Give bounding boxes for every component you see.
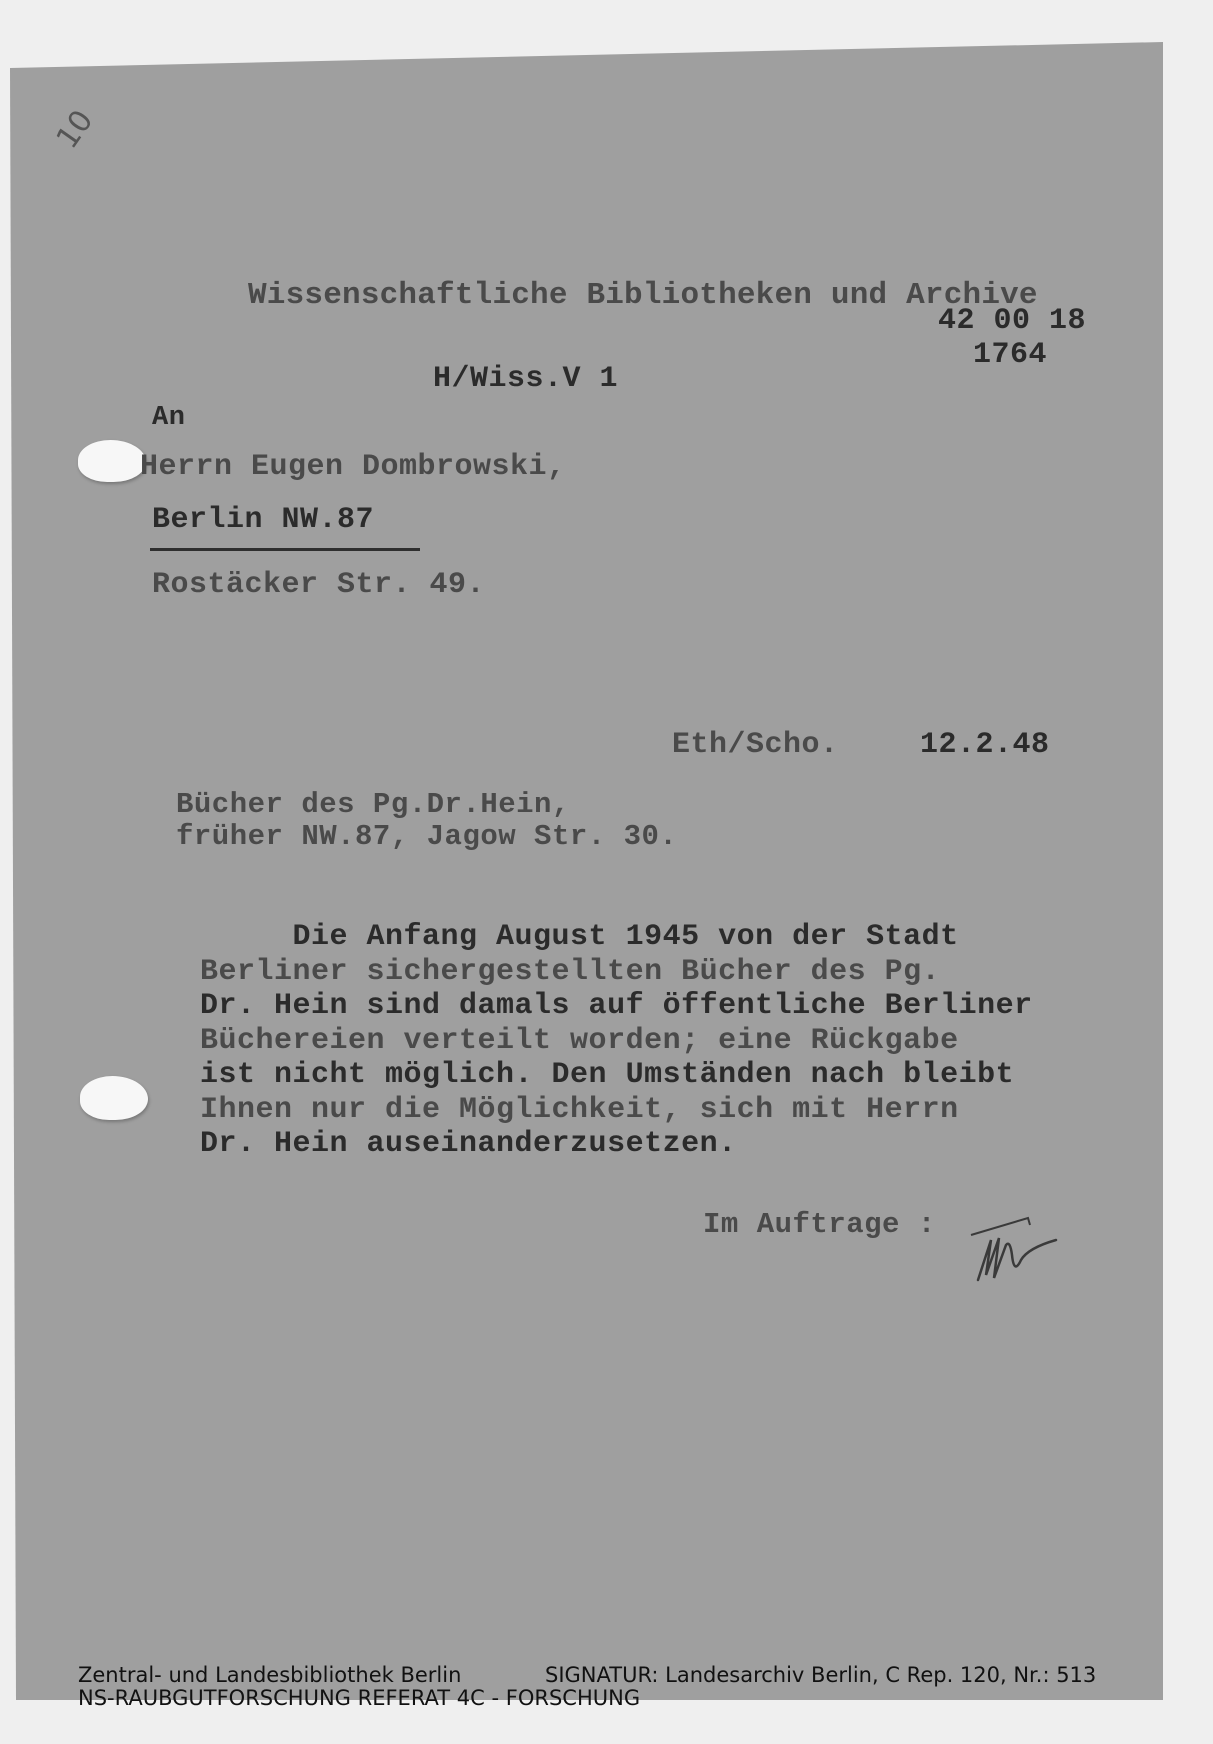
file-reference: H/Wiss.V 1 [433, 364, 618, 394]
body-line: Die Anfang August 1945 von der Stadt [200, 922, 959, 952]
subject-line-2: früher NW.87, Jagow Str. 30. [176, 822, 677, 851]
recipient-city: Berlin NW.87 [152, 505, 374, 535]
body-line: Dr. Hein auseinanderzusetzen. [200, 1129, 737, 1159]
body-line: Dr. Hein sind damals auf öffentliche Ber… [200, 991, 1033, 1021]
recipient-name: Herrn Eugen Dombrowski, [140, 452, 566, 482]
closing: Im Auftrage : [703, 1210, 936, 1239]
recipient-salutation: An [152, 405, 185, 432]
letterhead-extension: 1764 [973, 340, 1047, 370]
body-line: Büchereien verteilt worden; eine Rückgab… [200, 1026, 959, 1056]
body-line: ist nicht möglich. Den Umständen nach bl… [200, 1060, 1014, 1090]
subject-line-1: Bücher des Pg.Dr.Hein, [176, 790, 570, 819]
body-line: Berliner sichergestellten Bücher des Pg. [200, 957, 940, 987]
letterhead-phone: 42 00 18 [938, 306, 1086, 336]
footer-project: NS-RAUBGUTFORSCHUNG REFERAT 4C - FORSCHU… [78, 1688, 640, 1709]
letterhead-institution: Wissenschaftliche Bibliotheken und Archi… [248, 280, 1038, 311]
recipient-underline [150, 548, 420, 551]
letter-date: 12.2.48 [920, 730, 1050, 760]
punch-hole-bottom [80, 1076, 148, 1120]
handwritten-signature-icon [966, 1200, 1066, 1290]
footer-archive-name: Zentral- und Landesbibliothek Berlin [78, 1665, 461, 1686]
recipient-street: Rostäcker Str. 49. [152, 570, 485, 600]
punch-hole-top [78, 440, 146, 482]
footer-signatur: SIGNATUR: Landesarchiv Berlin, C Rep. 12… [545, 1665, 1096, 1686]
reference-initials: Eth/Scho. [672, 730, 839, 760]
body-line: Ihnen nur die Möglichkeit, sich mit Herr… [200, 1095, 959, 1125]
